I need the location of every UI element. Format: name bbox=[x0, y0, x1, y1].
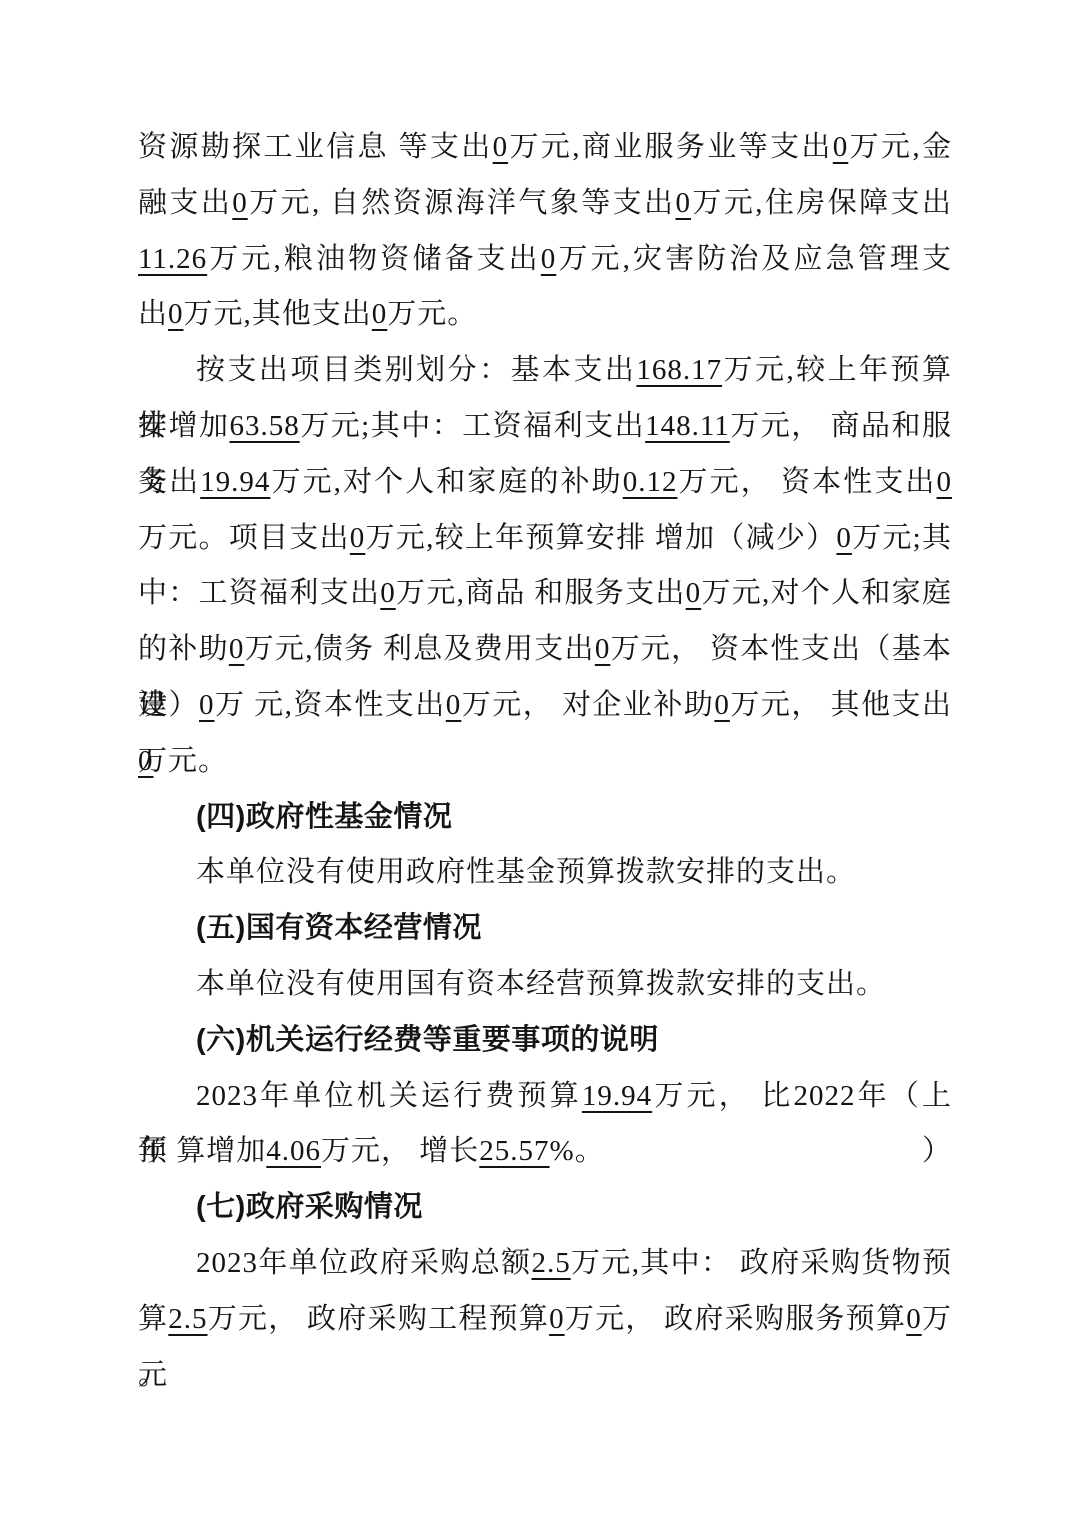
text-run: 2023年单位政府采购总额 bbox=[196, 1247, 531, 1279]
text-line: 资源勘探工业信息 等支出0万元,商业服务业等支出0万元,金 bbox=[138, 120, 952, 176]
underlined-value: 2.5 bbox=[531, 1247, 570, 1279]
text-line: 出0万元,其他支出0万元。 bbox=[138, 287, 952, 343]
text-line: 。 bbox=[138, 1348, 952, 1404]
text-run: 中：工资福利支出 bbox=[138, 577, 380, 609]
text-run: 万元,对个人和家庭 bbox=[701, 577, 952, 609]
section-heading: (七)政府采购情况 bbox=[138, 1180, 952, 1236]
underlined-value: 0 bbox=[836, 522, 852, 554]
text-line: 算2.5万元， 政府采购工程预算0万元， 政府采购服务预算0万元 bbox=[138, 1292, 952, 1348]
text-run: 支出 bbox=[138, 466, 200, 498]
text-run: 万元， 政府采购服务预算 bbox=[565, 1303, 907, 1335]
text-run: 万元， 增长 bbox=[321, 1135, 479, 1167]
text-run: 万元,商业服务业等支出 bbox=[508, 131, 833, 163]
text-line: 按支出项目类别划分：基本支出168.17万元,较上年预算 安 bbox=[138, 343, 952, 399]
text-run: %。 bbox=[550, 1135, 605, 1167]
underlined-value: 0 bbox=[833, 131, 849, 163]
underlined-value: 25.57 bbox=[479, 1135, 549, 1167]
underlined-value: 0 bbox=[937, 466, 953, 498]
text-run: 排增加 bbox=[138, 410, 229, 442]
text-run: 万元， 政府采购工程预算 bbox=[208, 1303, 550, 1335]
underlined-value: 0 bbox=[493, 131, 509, 163]
text-run: 万元,其他支出 bbox=[184, 298, 372, 330]
underlined-value: 19.94 bbox=[582, 1080, 652, 1112]
document-body: 资源勘探工业信息 等支出0万元,商业服务业等支出0万元,金融支出0万元, 自然资… bbox=[138, 120, 952, 1403]
text-run: 出 bbox=[138, 298, 168, 330]
text-line: 支出19.94万元,对个人和家庭的补助0.12万元， 资本性支出0 bbox=[138, 455, 952, 511]
text-run: 资源勘探工业信息 等支出 bbox=[138, 131, 493, 163]
text-run: 万元。项目支出 bbox=[138, 522, 350, 554]
text-run: 设） bbox=[138, 689, 199, 721]
text-run: 本单位没有使用政府性基金预算拨款安排的支出。 bbox=[196, 856, 856, 888]
underlined-value: 0 bbox=[229, 633, 245, 665]
text-run: 万元,住房保障支出 bbox=[691, 187, 952, 219]
text-run: 万元,较上年预算安排 增加（减少） bbox=[365, 522, 836, 554]
text-run: 本单位没有使用国有资本经营预算拨款安排的支出。 bbox=[196, 968, 886, 1000]
text-run: 万元;其中：工资福利支出 bbox=[300, 410, 645, 442]
underlined-value: 0 bbox=[675, 187, 691, 219]
text-line: 设）0万 元,资本性支出0万元， 对企业补助0万元， 其他支出0 bbox=[138, 678, 952, 734]
text-run: (七)政府采购情况 bbox=[196, 1191, 423, 1223]
underlined-value: 0 bbox=[549, 1303, 565, 1335]
underlined-value: 0 bbox=[714, 689, 730, 721]
underlined-value: 0 bbox=[232, 187, 248, 219]
text-run: 万元。 bbox=[138, 745, 228, 777]
text-line: 本单位没有使用政府性基金预算拨款安排的支出。 bbox=[138, 845, 952, 901]
underlined-value: 0.12 bbox=[623, 466, 678, 498]
text-run: 按支出项目类别划分：基本支出 bbox=[196, 354, 636, 386]
underlined-value: 0 bbox=[380, 577, 396, 609]
text-run: 融支出 bbox=[138, 187, 232, 219]
text-line: 中：工资福利支出0万元,商品 和服务支出0万元,对个人和家庭 bbox=[138, 566, 952, 622]
underlined-value: 63.58 bbox=[229, 410, 299, 442]
text-line: 排增加63.58万元;其中：工资福利支出148.11万元， 商品和服务 bbox=[138, 399, 952, 455]
text-line: 本单位没有使用国有资本经营预算拨款安排的支出。 bbox=[138, 957, 952, 1013]
underlined-value: 0 bbox=[372, 298, 388, 330]
text-run: 万 元,资本性支出 bbox=[214, 689, 445, 721]
text-run: 。 bbox=[138, 1359, 168, 1391]
text-line: 11.26万元,粮油物资储备支出0万元,灾害防治及应急管理支 bbox=[138, 232, 952, 288]
underlined-value: 0 bbox=[541, 243, 557, 275]
text-run: (六)机关运行经费等重要事项的说明 bbox=[196, 1024, 659, 1056]
text-run: 万元,灾害防治及应急管理支 bbox=[556, 243, 952, 275]
section-heading: (五)国有资本经营情况 bbox=[138, 901, 952, 957]
text-run: 预 算增加 bbox=[138, 1135, 266, 1167]
text-line: 的补助0万元,债务 利息及费用支出0万元， 资本性支出（基本建 bbox=[138, 622, 952, 678]
underlined-value: 0 bbox=[350, 522, 366, 554]
text-run: 算 bbox=[138, 1303, 168, 1335]
text-run: 万元。 bbox=[387, 298, 477, 330]
text-line: 万元。 bbox=[138, 734, 952, 790]
underlined-value: 0 bbox=[446, 689, 462, 721]
text-line: 融支出0万元, 自然资源海洋气象等支出0万元,住房保障支出 bbox=[138, 176, 952, 232]
underlined-value: 0 bbox=[168, 298, 184, 330]
text-run: 2023年单位机关运行费预算 bbox=[196, 1080, 582, 1112]
underlined-value: 0 bbox=[595, 633, 611, 665]
underlined-value: 0 bbox=[199, 689, 215, 721]
text-run: 万元;其 bbox=[852, 522, 952, 554]
text-run: 的补助 bbox=[138, 633, 229, 665]
text-run: (五)国有资本经营情况 bbox=[196, 912, 482, 944]
underlined-value: 168.17 bbox=[636, 354, 722, 386]
text-run: 万元， 对企业补助 bbox=[461, 689, 714, 721]
underlined-value: 11.26 bbox=[138, 243, 207, 275]
text-run: 万元,商品 和服务支出 bbox=[396, 577, 686, 609]
section-heading: (六)机关运行经费等重要事项的说明 bbox=[138, 1013, 952, 1069]
underlined-value: 4.06 bbox=[266, 1135, 321, 1167]
text-run: 万元,粮油物资储备支出 bbox=[207, 243, 541, 275]
text-run: 万元,债务 利息及费用支出 bbox=[244, 633, 594, 665]
document-page: 资源勘探工业信息 等支出0万元,商业服务业等支出0万元,金融支出0万元, 自然资… bbox=[0, 0, 1074, 1520]
text-run: 万元,对个人和家庭的补助 bbox=[270, 466, 622, 498]
underlined-value: 0 bbox=[686, 577, 702, 609]
text-line: 2023年单位机关运行费预算19.94万元， 比2022年（上年） bbox=[138, 1069, 952, 1125]
underlined-value: 2.5 bbox=[168, 1303, 207, 1335]
text-run: (四)政府性基金情况 bbox=[196, 801, 452, 833]
underlined-value: 0 bbox=[906, 1303, 922, 1335]
text-line: 2023年单位政府采购总额2.5万元,其中： 政府采购货物预 bbox=[138, 1236, 952, 1292]
underlined-value: 148.11 bbox=[645, 410, 730, 442]
text-run: 万元, 自然资源海洋气象等支出 bbox=[248, 187, 676, 219]
text-run: 万元,金 bbox=[848, 131, 952, 163]
text-run: 万元,其中： 政府采购货物预 bbox=[571, 1247, 952, 1279]
text-run: 万元， 资本性支出 bbox=[677, 466, 936, 498]
text-run: 万元， 其他支出 bbox=[730, 689, 952, 721]
underlined-value: 19.94 bbox=[200, 466, 270, 498]
section-heading: (四)政府性基金情况 bbox=[138, 790, 952, 846]
text-line: 万元。项目支出0万元,较上年预算安排 增加（减少）0万元;其 bbox=[138, 511, 952, 567]
